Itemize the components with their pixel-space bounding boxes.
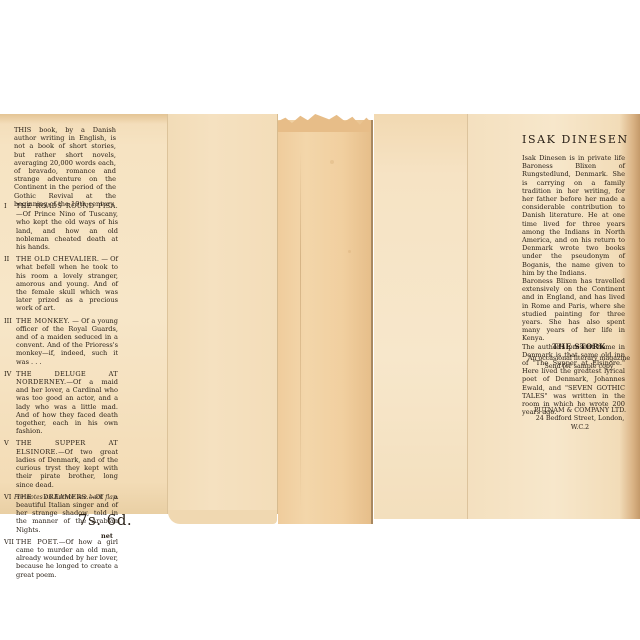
magazine-title: THE STORK [468,342,640,351]
story-title: THE OLD CHEVALIER. [16,255,99,263]
story-description: —Of Prince Nino of Tuscany, who kept the… [16,210,118,251]
front-panel [168,114,278,514]
bio-paragraph: Baroness Blixen has travelled extensivel… [522,277,625,343]
bio-paragraph: Isak Dinesen is in private life Baroness… [522,154,625,277]
story-number: II [4,255,16,312]
author-bio: Isak Dinesen is in private life Baroness… [522,154,625,417]
back-flap: ISAK DINESEN Isak Dinesen is in private … [468,114,640,519]
panel-edge [168,510,277,524]
story-title: THE MONKEY. [16,317,70,325]
magazine-line: An occasional literary magazine [518,355,640,363]
story-number: V [4,439,16,488]
story-item: II THE OLD CHEVALIER. — Of what befell w… [4,255,118,312]
author-note: For notes on Author see back flap. [14,494,119,501]
story-title: THE ROADS ROUND PISA. [16,202,118,210]
story-item: IV THE DELUGE AT NORDERNEY.—Of a maid an… [4,370,118,436]
publisher-postcode: W.C.2 [520,423,640,431]
magazine-info: An occasional literary magazine Send for… [468,355,640,371]
story-item: V THE SUPPER AT ELSINORE.—Of two great l… [4,439,118,488]
book-dust-jacket: THIS book, by a Danish author writing in… [0,114,640,525]
magazine-line: Send for sample copy [518,363,640,371]
publisher-imprint: PUTNAM & COMPANY LTD. 24 Bedford Street,… [468,406,640,431]
stain [330,160,334,164]
front-flap: THIS book, by a Danish author writing in… [0,114,168,514]
price: 7s. 6d. [78,511,132,529]
stain [348,250,351,253]
story-description: — Of a young officer of the Royal Guards… [16,317,118,366]
story-number: I [4,202,16,251]
story-number: IV [4,370,16,436]
spine [278,120,373,524]
book-blurb: THIS book, by a Danish author writing in… [14,126,116,208]
story-item: III THE MONKEY. — Of a young officer of … [4,317,118,366]
publisher-name: PUTNAM & COMPANY LTD. [520,406,640,414]
publisher-address: 24 Bedford Street, London, [520,414,640,422]
story-item: I THE ROADS ROUND PISA.—Of Prince Nino o… [4,202,118,251]
story-number: III [4,317,16,366]
story-title: THE POET. [16,538,59,546]
price-suffix: net [101,532,113,540]
story-item: VII THE POET.—Of how a girl came to murd… [4,538,118,579]
story-description: —Of a maid and her lover, a Cardinal who… [16,378,118,435]
story-description: — Of what befell when he took to his roo… [16,255,118,312]
back-panel [374,114,468,519]
story-number: VII [4,538,16,579]
crease [300,150,301,510]
author-name: ISAK DINESEN [522,133,629,146]
torn-edge [278,114,371,132]
